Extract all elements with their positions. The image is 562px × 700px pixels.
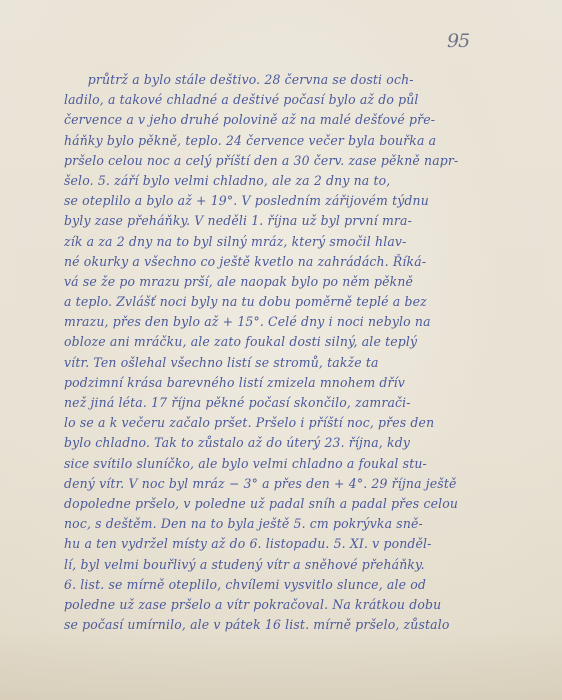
text-line: července a v jeho druhé polovině až na m…: [64, 110, 519, 130]
page-number: 95: [447, 30, 469, 52]
text-line: obloze ani mráčku, ale zato foukal dosti…: [64, 332, 519, 352]
text-line: vá se že po mrazu prší, ale naopak bylo …: [64, 272, 519, 292]
text-line: hu a ten vydržel místy až do 6. listopad…: [64, 534, 519, 554]
text-line: podzimní krása barevného listí zmizela m…: [64, 373, 519, 393]
text-line: dopoledne pršelo, v poledne už padal sní…: [64, 494, 519, 514]
text-line: 6. list. se mírně oteplilo, chvílemi vys…: [64, 575, 519, 595]
text-line: lí, byl velmi bouřlivý a studený vítr a …: [64, 555, 519, 575]
text-line: bylo chladno. Tak to zůstalo až do úterý…: [64, 433, 519, 453]
text-line: ladilo, a takové chladné a deštivé počas…: [64, 90, 519, 110]
text-line: sice svítilo sluníčko, ale bylo velmi ch…: [64, 454, 519, 474]
text-line: háňky bylo pěkně, teplo. 24 července več…: [64, 131, 519, 151]
text-line: lo se a k večeru začalo pršet. Pršelo i …: [64, 413, 519, 433]
text-line: dený vítr. V noc byl mráz − 3° a přes de…: [64, 474, 519, 494]
paper-bottom-shading: [0, 630, 562, 700]
text-line: vítr. Ten ošlehal všechno listí se strom…: [64, 353, 519, 373]
text-line: zík a za 2 dny na to byl silný mráz, kte…: [64, 232, 519, 252]
text-line: a teplo. Zvlášť noci byly na tu dobu pom…: [64, 292, 519, 312]
text-line: noc, s deštěm. Den na to byla ještě 5. c…: [64, 514, 519, 534]
text-line: se oteplilo a bylo až + 19°. V posledním…: [64, 191, 519, 211]
text-line: né okurky a všechno co ještě kvetlo na z…: [64, 252, 519, 272]
text-line: poledne už zase pršelo a vítr pokračoval…: [64, 595, 519, 615]
text-line: byly zase přeháňky. V neděli 1. října už…: [64, 211, 519, 231]
text-line: průtrž a bylo stále deštivo. 28 června s…: [64, 70, 519, 90]
text-line: se počasí umírnilo, ale v pátek 16 list.…: [64, 615, 519, 635]
manuscript-page: 95 průtrž a bylo stále deštivo. 28 červn…: [0, 0, 562, 700]
text-line: pršelo celou noc a celý příští den a 30 …: [64, 151, 519, 171]
text-line: šelo. 5. září bylo velmi chladno, ale za…: [64, 171, 519, 191]
handwritten-text-body: průtrž a bylo stále deštivo. 28 června s…: [64, 70, 524, 635]
text-line: než jiná léta. 17 října pěkné počasí sko…: [64, 393, 519, 413]
text-line: mrazu, přes den bylo až + 15°. Celé dny …: [64, 312, 519, 332]
